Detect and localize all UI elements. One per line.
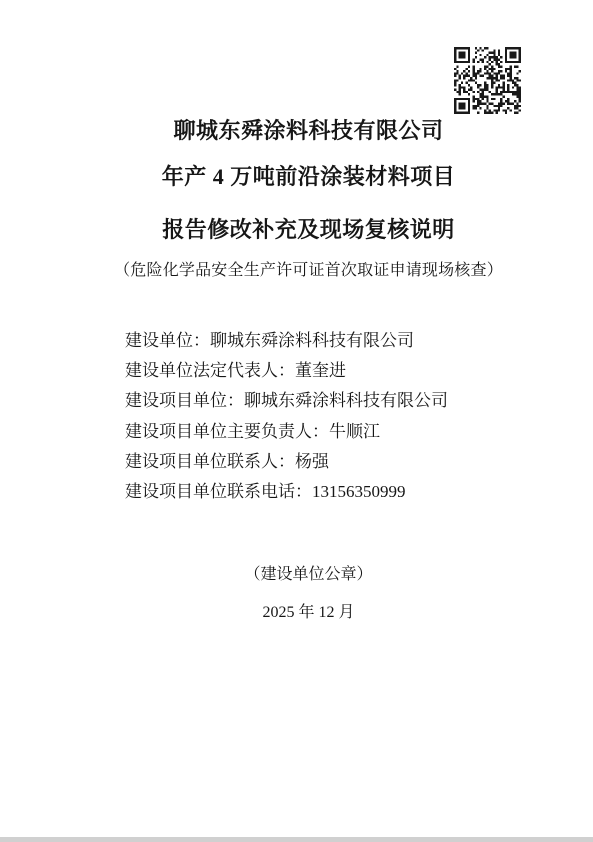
qr-code-icon xyxy=(452,47,523,114)
info-block: 建设单位：聊城东舜涂料科技有限公司 建设单位法定代表人：董奎进 建设项目单位：聊… xyxy=(125,326,448,507)
info-line-project-unit: 建设项目单位：聊城东舜涂料科技有限公司 xyxy=(125,386,448,416)
company-title: 聊城东舜涂料科技有限公司 xyxy=(24,118,593,143)
document-page: 聊城东舜涂料科技有限公司 年产 4 万吨前沿涂装材料项目 报告修改补充及现场复核… xyxy=(0,0,593,842)
info-line-contact-phone: 建设项目单位联系电话：13156350999 xyxy=(125,477,448,507)
info-line-legal-representative: 建设单位法定代表人：董奎进 xyxy=(125,356,448,386)
info-line-construction-unit: 建设单位：聊城东舜涂料科技有限公司 xyxy=(125,326,448,356)
info-line-contact-person: 建设项目单位联系人：杨强 xyxy=(125,447,448,477)
info-line-principal: 建设项目单位主要负责人：牛顺江 xyxy=(125,417,448,447)
page-bottom-edge xyxy=(0,837,593,842)
date-line: 2025 年 12 月 xyxy=(24,604,593,622)
report-title: 报告修改补充及现场复核说明 xyxy=(24,217,593,242)
seal-note: （建设单位公章） xyxy=(24,566,593,584)
report-subtitle: （危险化学品安全生产许可证首次取证申请现场核查） xyxy=(24,262,593,280)
project-title: 年产 4 万吨前沿涂装材料项目 xyxy=(24,164,593,189)
